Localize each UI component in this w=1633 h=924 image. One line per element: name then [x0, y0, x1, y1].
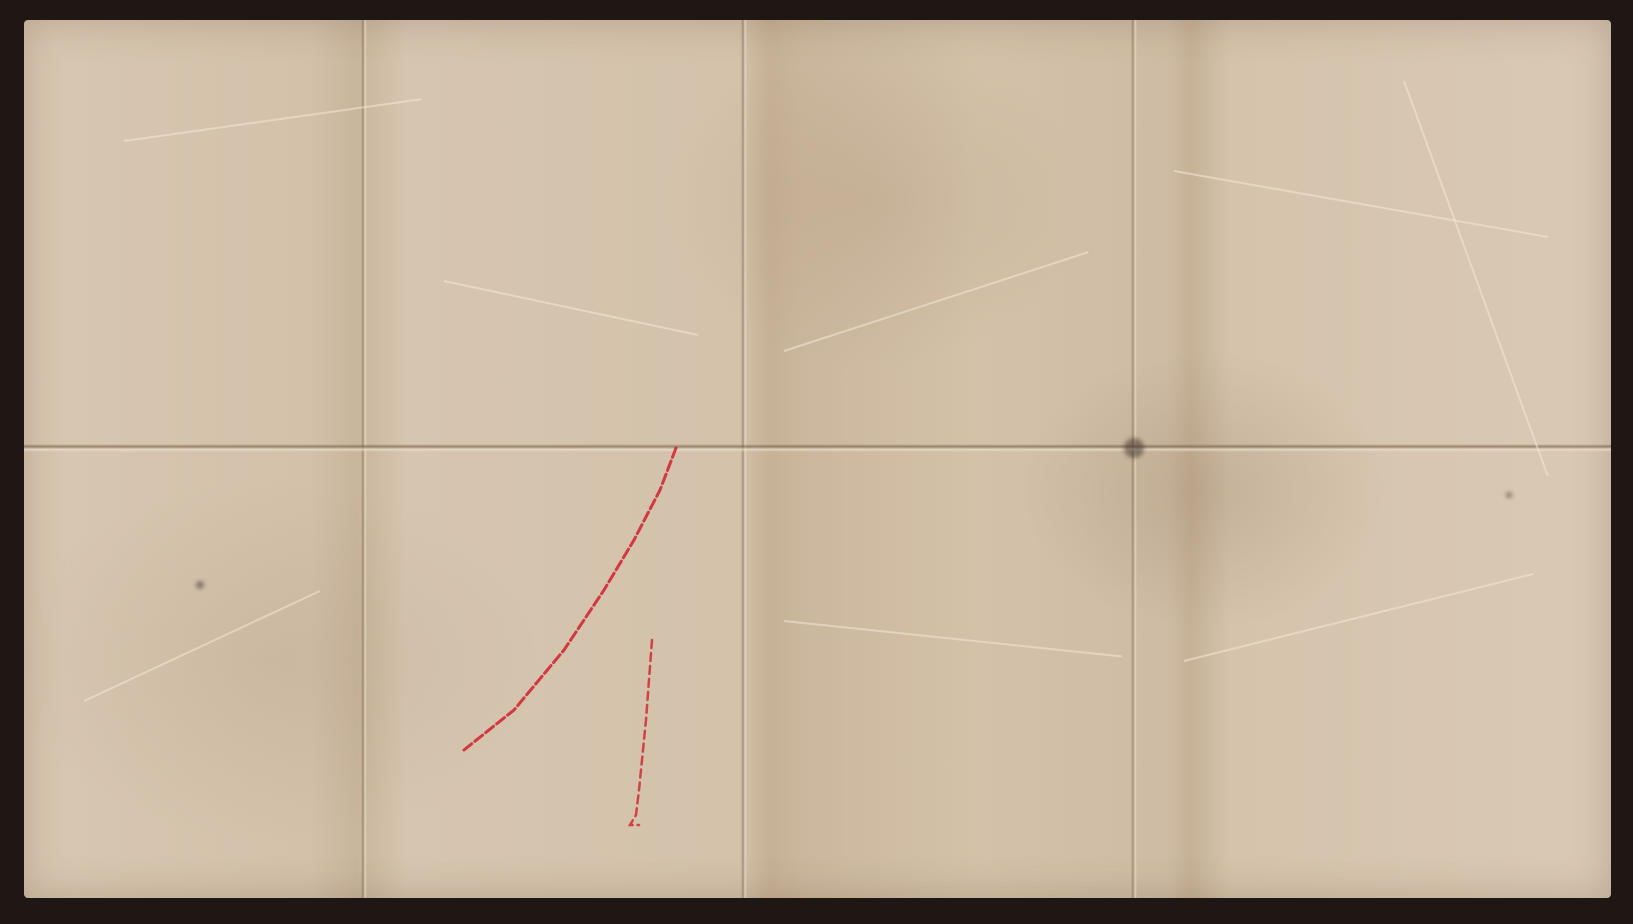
red-pencil-mark: [24, 20, 1611, 898]
banknote-reverse: [24, 20, 1611, 898]
